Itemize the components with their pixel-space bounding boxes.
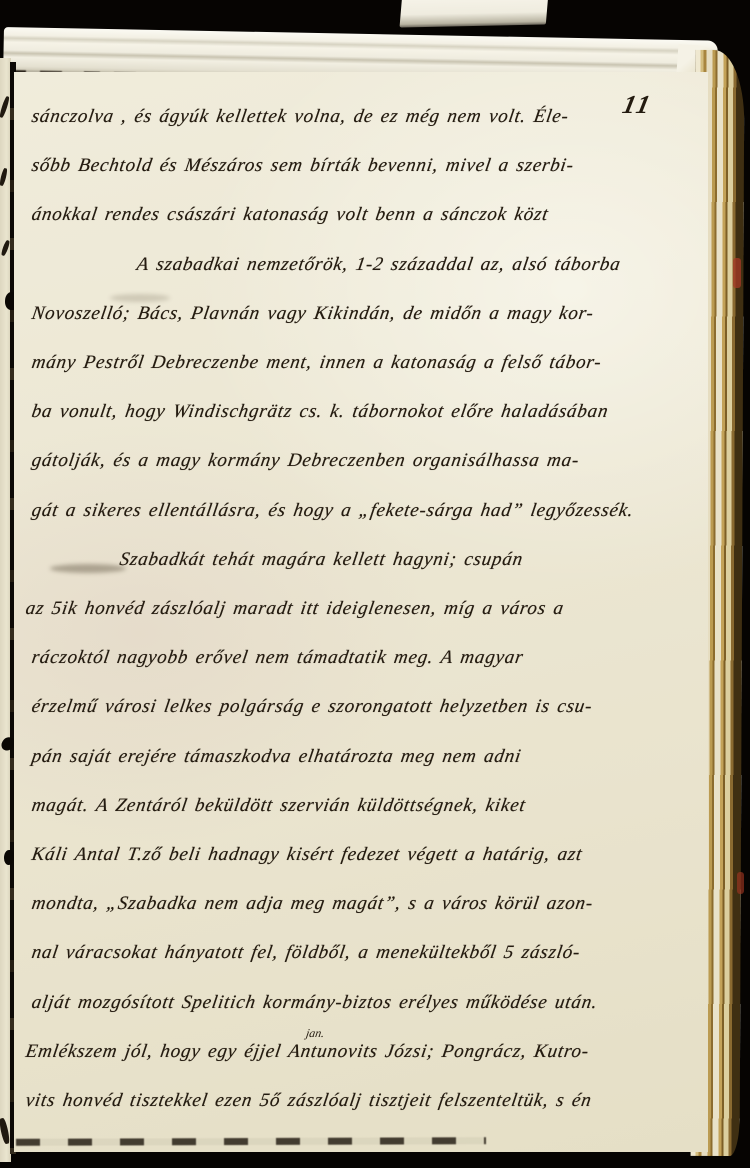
manuscript-line: gát a sikeres ellentállásra, és hogy a „…: [30, 500, 635, 522]
manuscript-line: Emlékszem jól, hogy egy éjjel Antunovits…: [24, 1041, 591, 1063]
manuscript-page: 11 sánczolva , és ágyúk kellettek volna,…: [14, 72, 708, 1152]
red-edge-stain: [733, 258, 741, 288]
manuscript-line: nal váracsokat hányatott fel, földből, a…: [30, 942, 582, 964]
manuscript-line: ráczoktól nagyobb erővel nem támadtatik …: [30, 647, 525, 669]
manuscript-line: ánokkal rendes császári katonaság volt b…: [30, 204, 550, 226]
manuscript-line: az 5ik honvéd zászlóalj maradt itt ideig…: [24, 598, 566, 620]
manuscript-line: ba vonult, hogy Windischgrätz cs. k. táb…: [30, 401, 610, 423]
manuscript-line: mány Pestről Debreczenbe ment, innen a k…: [30, 352, 603, 374]
red-edge-stain: [737, 872, 744, 894]
manuscript-photo: 11 sánczolva , és ágyúk kellettek volna,…: [0, 0, 750, 1168]
manuscript-line: sőbb Bechtold és Mészáros sem bírták bev…: [30, 155, 576, 177]
manuscript-line: sánczolva , és ágyúk kellettek volna, de…: [30, 106, 570, 128]
manuscript-line: magát. A Zentáról beküldött szervián kül…: [30, 795, 527, 817]
manuscript-line: pán saját erejére támaszkodva elhatározt…: [30, 746, 523, 768]
manuscript-line: gátolják, és a magy kormány Debreczenben…: [30, 450, 581, 472]
manuscript-line: Káli Antal T.ző beli hadnagy kisért fede…: [30, 844, 584, 866]
ink-smudge: [50, 564, 126, 573]
manuscript-line: Szabadkát tehát magára kellett hagyni; c…: [118, 549, 525, 571]
manuscript-line: alját mozgósított Spelitich kormány-bizt…: [30, 992, 599, 1014]
book-spine-block: [400, 0, 549, 28]
ink-smudge: [110, 294, 170, 302]
manuscript-line: vits honvéd tisztekkel ezen 5ő zászlóalj…: [24, 1090, 593, 1112]
manuscript-line: Novoszelló; Bács, Plavnán vagy Kikindán,…: [30, 303, 595, 325]
page-number: 11: [620, 90, 655, 120]
interlinear-insertion: jan.: [305, 1026, 326, 1041]
manuscript-line: A szabadkai nemzetőrök, 1-2 századdal az…: [135, 254, 622, 276]
manuscript-line: mondta, „Szabadka nem adja meg magát”, s…: [30, 893, 595, 915]
manuscript-line: érzelmű városi lelkes polgárság e szoron…: [30, 696, 594, 718]
